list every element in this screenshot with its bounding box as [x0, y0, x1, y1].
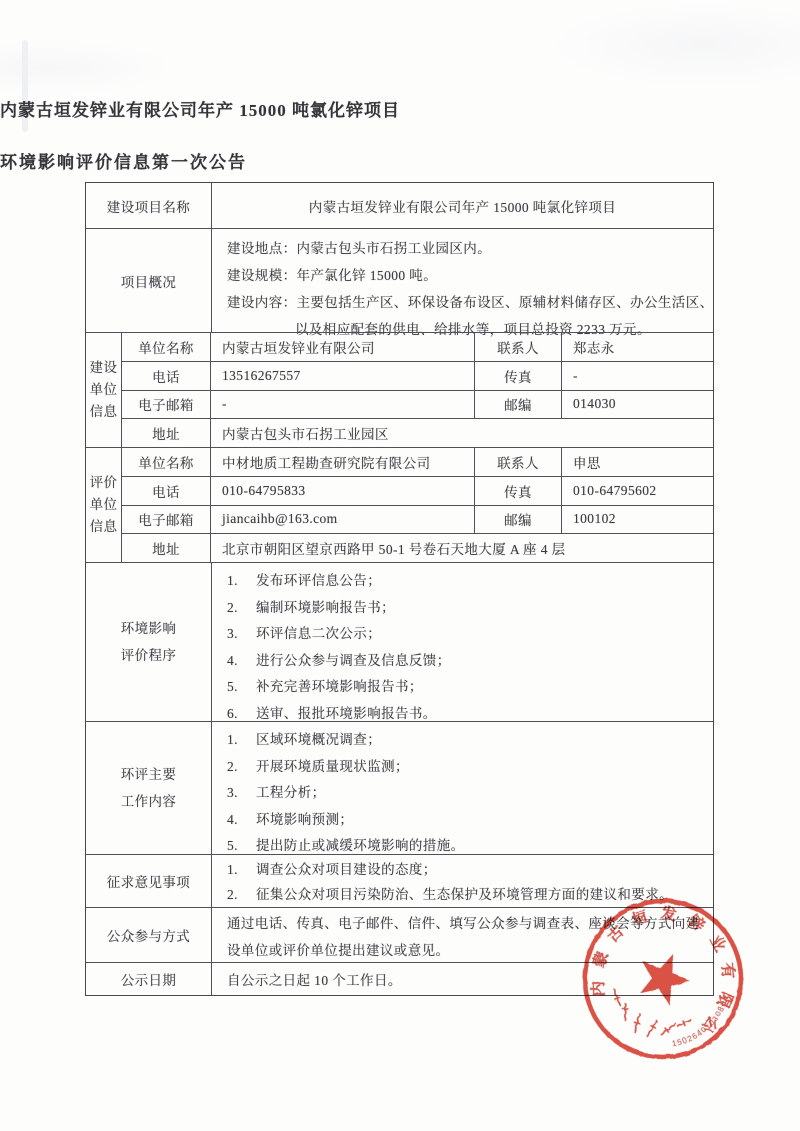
- evaluator-zip-value: 100102: [561, 506, 713, 534]
- builder-phone-label: 电话: [121, 362, 210, 390]
- builder-fax-value: -: [561, 362, 713, 390]
- builder-fax-label: 传真: [474, 362, 561, 390]
- evaluator-email-label: 电子邮箱: [121, 506, 210, 534]
- list-item: 4.进行公众参与调查及信息反馈；: [227, 648, 707, 675]
- seal-star-icon: [631, 944, 697, 1009]
- builder-address-value: 内蒙古包头市石拐工业园区: [210, 419, 713, 447]
- builder-zip-label: 邮编: [474, 391, 561, 419]
- project-name-label: 建设项目名称: [86, 183, 211, 228]
- notice-table: 建设项目名称 内蒙古垣发锌业有限公司年产 15000 吨氯化锌项目 项目概况 建…: [85, 182, 714, 996]
- overview-scale: 建设规模：年产氯化锌 15000 吨。: [227, 262, 714, 289]
- evaluator-phone-label: 电话: [121, 477, 210, 505]
- evaluator-section-label: 评价单位信息: [86, 448, 121, 562]
- eia-procedure-label: 环境影响 评价程序: [86, 563, 211, 721]
- list-item: 5.补充完善环境影响报告书；: [227, 674, 707, 701]
- builder-zip-value: 014030: [561, 391, 713, 419]
- date-label: 公示日期: [86, 963, 211, 995]
- row-overview: 项目概况 建设地点：内蒙古包头市石拐工业园区内。 建设规模：年产氯化锌 1500…: [86, 228, 713, 332]
- evaluator-phone-value: 010-64795833: [210, 477, 474, 505]
- builder-address-label: 地址: [121, 419, 210, 447]
- list-item: 2.编制环境影响报告书；: [227, 595, 707, 622]
- builder-address-row: 地址 内蒙古包头市石拐工业园区: [121, 418, 713, 447]
- row-builder-info: 建设单位信息 单位名称 内蒙古垣发锌业有限公司 联系人 郑志永 电话 13516…: [86, 332, 713, 447]
- builder-email-value: -: [210, 391, 474, 419]
- solicit-label: 征求意见事项: [86, 855, 211, 907]
- row-main-work: 环评主要 工作内容 1.区域环境概况调查； 2.开展环境质量现状监测； 3.工程…: [86, 721, 713, 854]
- overview-label: 项目概况: [86, 229, 211, 332]
- row-eia-procedure: 环境影响 评价程序 1.发布环评信息公告； 2.编制环境影响报告书； 3.环评信…: [86, 562, 713, 721]
- evaluator-name-value: 中材地质工程勘查研究院有限公司: [210, 448, 474, 476]
- document-subtitle: 环境影响评价信息第一次公告: [0, 148, 800, 173]
- evaluator-address-label: 地址: [121, 534, 210, 562]
- evaluator-contact-value: 申思: [561, 448, 713, 476]
- overview-cell: 建设地点：内蒙古包头市石拐工业园区内。 建设规模：年产氯化锌 15000 吨。 …: [211, 229, 722, 332]
- evaluator-fax-label: 传真: [474, 477, 561, 505]
- builder-section-label: 建设单位信息: [86, 333, 121, 447]
- list-item: 1.调查公众对项目建设的态度；: [227, 857, 707, 882]
- overview-location: 建设地点：内蒙古包头市石拐工业园区内。: [227, 235, 714, 262]
- evaluator-phone-row: 电话 010-64795833 传真 010-64795602: [121, 476, 713, 505]
- scanned-document-page: 内蒙古垣发锌业有限公司年产 15000 吨氯化锌项目 环境影响评价信息第一次公告…: [0, 0, 800, 1131]
- evaluator-email-row: 电子邮箱 jiancaihb@163.com 邮编 100102: [121, 505, 713, 534]
- evaluator-email-value: jiancaihb@163.com: [210, 506, 474, 534]
- list-item: 3.环评信息二次公示；: [227, 621, 707, 648]
- builder-email-label: 电子邮箱: [121, 391, 210, 419]
- list-item: 1.发布环评信息公告；: [227, 568, 707, 595]
- list-item: 2.开展环境质量现状监测；: [227, 754, 707, 781]
- list-item: 4.环境影响预测；: [227, 807, 707, 834]
- builder-name-value: 内蒙古垣发锌业有限公司: [210, 333, 474, 361]
- builder-contact-value: 郑志永: [561, 333, 713, 361]
- document-title: 内蒙古垣发锌业有限公司年产 15000 吨氯化锌项目: [0, 96, 800, 121]
- evaluator-address-row: 地址 北京市朝阳区望京西路甲 50-1 号卷石天地大厦 A 座 4 层: [121, 533, 713, 562]
- eia-procedure-list: 1.发布环评信息公告； 2.编制环境影响报告书； 3.环评信息二次公示； 4.进…: [211, 563, 713, 721]
- evaluator-name-label: 单位名称: [121, 448, 210, 476]
- row-evaluator-info: 评价单位信息 单位名称 中材地质工程勘查研究院有限公司 联系人 申思 电话 01…: [86, 447, 713, 562]
- builder-phone-row: 电话 13516267557 传真 -: [121, 361, 713, 390]
- evaluator-name-row: 单位名称 中材地质工程勘查研究院有限公司 联系人 申思: [121, 448, 713, 476]
- builder-name-row: 单位名称 内蒙古垣发锌业有限公司 联系人 郑志永: [121, 333, 713, 361]
- builder-phone-value: 13516267557: [210, 362, 474, 390]
- list-item: 3.工程分析；: [227, 780, 707, 807]
- row-project-name: 建设项目名称 内蒙古垣发锌业有限公司年产 15000 吨氯化锌项目: [86, 183, 713, 228]
- company-seal: 内蒙古垣发锌业有限公司 1502640103081: [568, 884, 758, 1074]
- participation-label: 公众参与方式: [86, 908, 211, 962]
- evaluator-address-value: 北京市朝阳区望京西路甲 50-1 号卷石天地大厦 A 座 4 层: [210, 534, 713, 562]
- evaluator-fax-value: 010-64795602: [561, 477, 713, 505]
- builder-name-label: 单位名称: [121, 333, 210, 361]
- project-name-value: 内蒙古垣发锌业有限公司年产 15000 吨氯化锌项目: [211, 183, 713, 228]
- list-item: 1.区域环境概况调查；: [227, 727, 707, 754]
- evaluator-contact-label: 联系人: [474, 448, 561, 476]
- main-work-list: 1.区域环境概况调查； 2.开展环境质量现状监测； 3.工程分析； 4.环境影响…: [211, 722, 713, 854]
- overview-content-line1: 建设内容：主要包括生产区、环保设备布设区、原辅材料储存区、办公生活区、: [227, 289, 714, 316]
- evaluator-zip-label: 邮编: [474, 506, 561, 534]
- main-work-label: 环评主要 工作内容: [86, 722, 211, 854]
- builder-contact-label: 联系人: [474, 333, 561, 361]
- builder-email-row: 电子邮箱 - 邮编 014030: [121, 390, 713, 419]
